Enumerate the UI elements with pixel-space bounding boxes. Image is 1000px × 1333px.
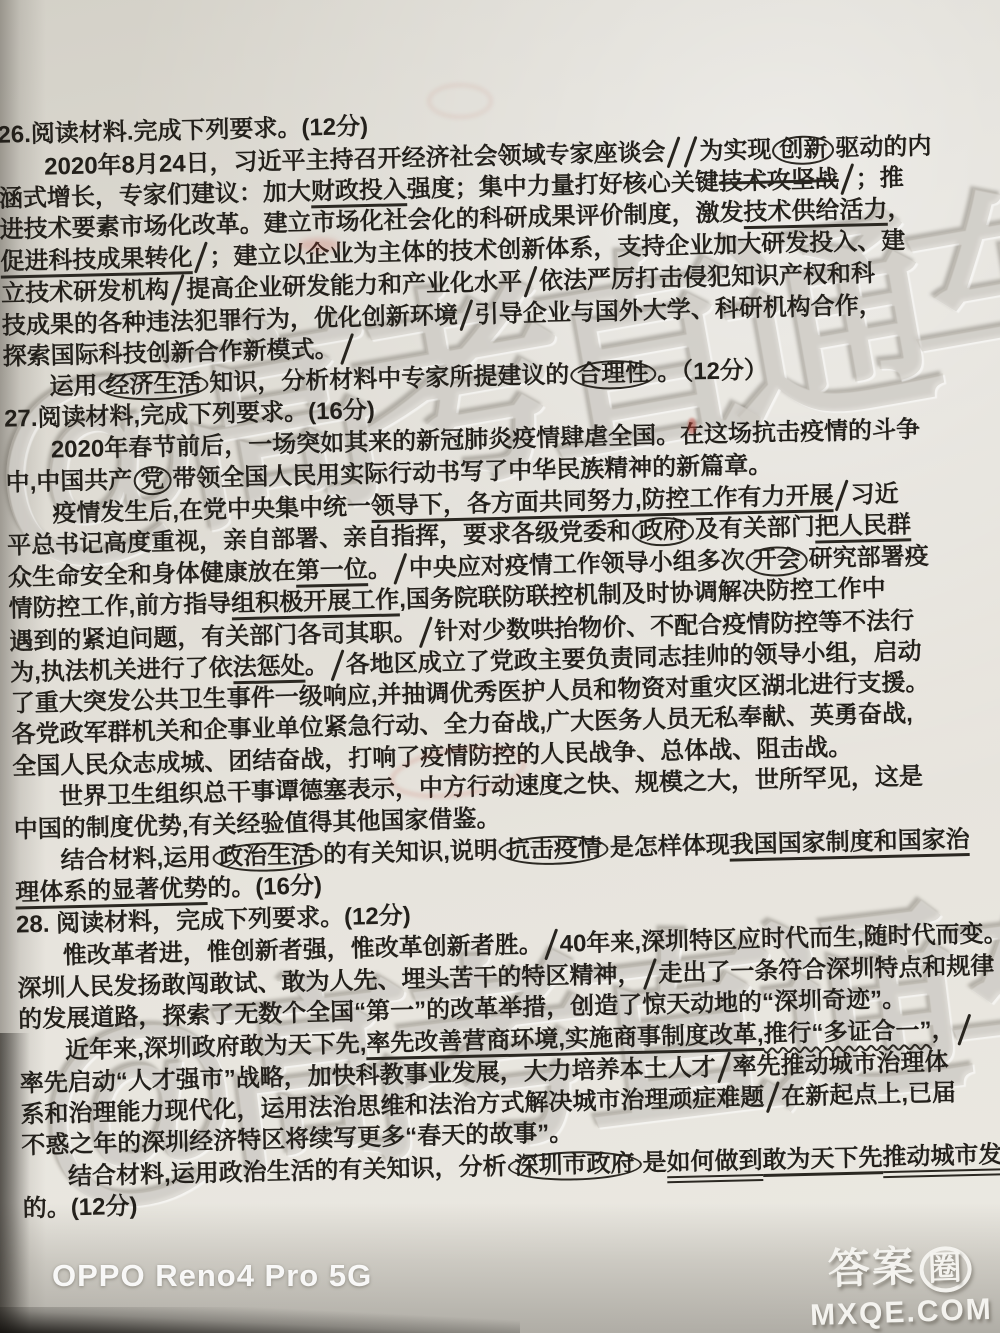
underlined-text: 敢为天下先 bbox=[762, 1144, 883, 1177]
photo-corner-shadow bbox=[0, 1307, 520, 1333]
pen-slash-mark bbox=[684, 135, 698, 167]
text-segment: 率先推动城市治理体 bbox=[732, 1048, 949, 1080]
text-segment: 运用 bbox=[49, 372, 98, 400]
text-segment: 的有关知识,说明 bbox=[323, 837, 498, 868]
circled-text: 深圳市政府 bbox=[507, 1149, 642, 1182]
wavy-underlined-text: 推行“多证合一” bbox=[763, 1017, 932, 1048]
underlined-text: 把人民群 bbox=[815, 511, 912, 543]
pen-slash-mark bbox=[835, 480, 849, 512]
site-logo-text: 答案 bbox=[827, 1242, 917, 1292]
pen-slash-mark bbox=[330, 649, 344, 681]
text-segment: 中,中国共产 bbox=[5, 466, 132, 496]
text-segment: 。 bbox=[368, 556, 393, 584]
pen-slash-mark bbox=[393, 553, 407, 585]
text-segment: 走出了一条符合深圳特点和规律 bbox=[658, 952, 995, 987]
circled-text: 政府 bbox=[632, 516, 695, 547]
text-segment: 及有关部门 bbox=[695, 513, 816, 543]
text-segment: 研究部署疫 bbox=[808, 543, 929, 573]
text-segment: 结合材料,运用 bbox=[60, 844, 211, 875]
struck-text: 技术攻坚战 bbox=[718, 166, 839, 196]
text-segment: 为实现 bbox=[699, 136, 772, 165]
text-segment: 情防控工作,前方指导 bbox=[8, 590, 231, 622]
pen-slash-mark bbox=[667, 136, 681, 168]
pen-slash-mark bbox=[524, 266, 538, 298]
pen-slash-mark bbox=[840, 163, 854, 195]
text-segment: ， bbox=[931, 1017, 956, 1045]
text-segment: ；推 bbox=[855, 165, 904, 193]
circled-text: 抗击疫情 bbox=[498, 834, 609, 866]
underlined-text: 理体系的显著优势 bbox=[15, 875, 208, 910]
text-segment: 。 bbox=[304, 652, 329, 680]
document-text: 26.阅读材料.完成下列要求。(12分)2020年8月24日，习近平主持召开经济… bbox=[0, 97, 1000, 1226]
camera-watermark: OPPO Reno4 Pro 5G bbox=[52, 1258, 372, 1294]
site-watermark: 答案圈 MXQE.COM bbox=[808, 1231, 994, 1333]
pen-slash-mark bbox=[419, 616, 433, 648]
text-segment: 是 bbox=[642, 1149, 667, 1177]
text-segment: 。（12分） bbox=[657, 356, 768, 386]
pen-slash-mark bbox=[340, 333, 354, 365]
site-domain: MXQE.COM bbox=[810, 1293, 994, 1333]
circled-text: 党 bbox=[133, 465, 172, 495]
double-underlined-text: 如何做到 bbox=[666, 1147, 763, 1183]
pen-slash-mark bbox=[544, 929, 558, 961]
circled-text: 政治生活 bbox=[212, 841, 323, 873]
underlined-text: 法惩处 bbox=[232, 653, 305, 685]
text-segment: 的。(16分) bbox=[207, 873, 322, 903]
text-segment: 习近 bbox=[850, 481, 899, 509]
pen-slash-mark bbox=[171, 274, 185, 306]
pen-slash-mark bbox=[957, 1014, 971, 1046]
text-segment: ， bbox=[887, 195, 912, 223]
circled-text: 合理性 bbox=[570, 359, 657, 390]
text-segment: 的。(12分) bbox=[22, 1193, 137, 1223]
exam-paper-photo: @高考直通车 @高考直通车 26.阅读材料.完成下列要求。(12分)2020年8… bbox=[0, 0, 1000, 1333]
pen-slash-mark bbox=[643, 958, 657, 990]
pen-slash-mark bbox=[717, 1051, 731, 1083]
pen-slash-mark bbox=[766, 1082, 780, 1114]
text-segment: 立技术研发机构 bbox=[1, 277, 170, 308]
underlined-text: 技术供给活力 bbox=[743, 196, 888, 229]
underlined-text: 我国国家制度和国家治 bbox=[729, 826, 970, 862]
circled-text: 开会 bbox=[745, 546, 808, 577]
underlined-text: 组积极开展工作 bbox=[231, 586, 400, 620]
text-segment: 在新起点上,已届 bbox=[781, 1080, 956, 1111]
pen-slash-mark bbox=[194, 242, 208, 274]
double-underlined-text: 推动城市发展 bbox=[882, 1140, 1000, 1177]
site-logo: 答案圈 bbox=[808, 1231, 993, 1297]
text-segment: 为,执法机关进行了依 bbox=[10, 654, 233, 686]
site-logo-badge: 圈 bbox=[919, 1246, 973, 1294]
pen-slash-mark bbox=[459, 299, 473, 331]
underlined-text: 财政投入 bbox=[311, 176, 408, 208]
text-segment: 驱动的内 bbox=[835, 132, 932, 161]
circled-text: 创新 bbox=[772, 135, 835, 166]
text-segment: 知识，分析材料中专家所提建议的 bbox=[209, 361, 570, 396]
circled-text: 经济生活 bbox=[98, 370, 209, 402]
underlined-text: 第一位 bbox=[296, 556, 369, 588]
text-segment: 是怎样体现 bbox=[609, 831, 730, 861]
